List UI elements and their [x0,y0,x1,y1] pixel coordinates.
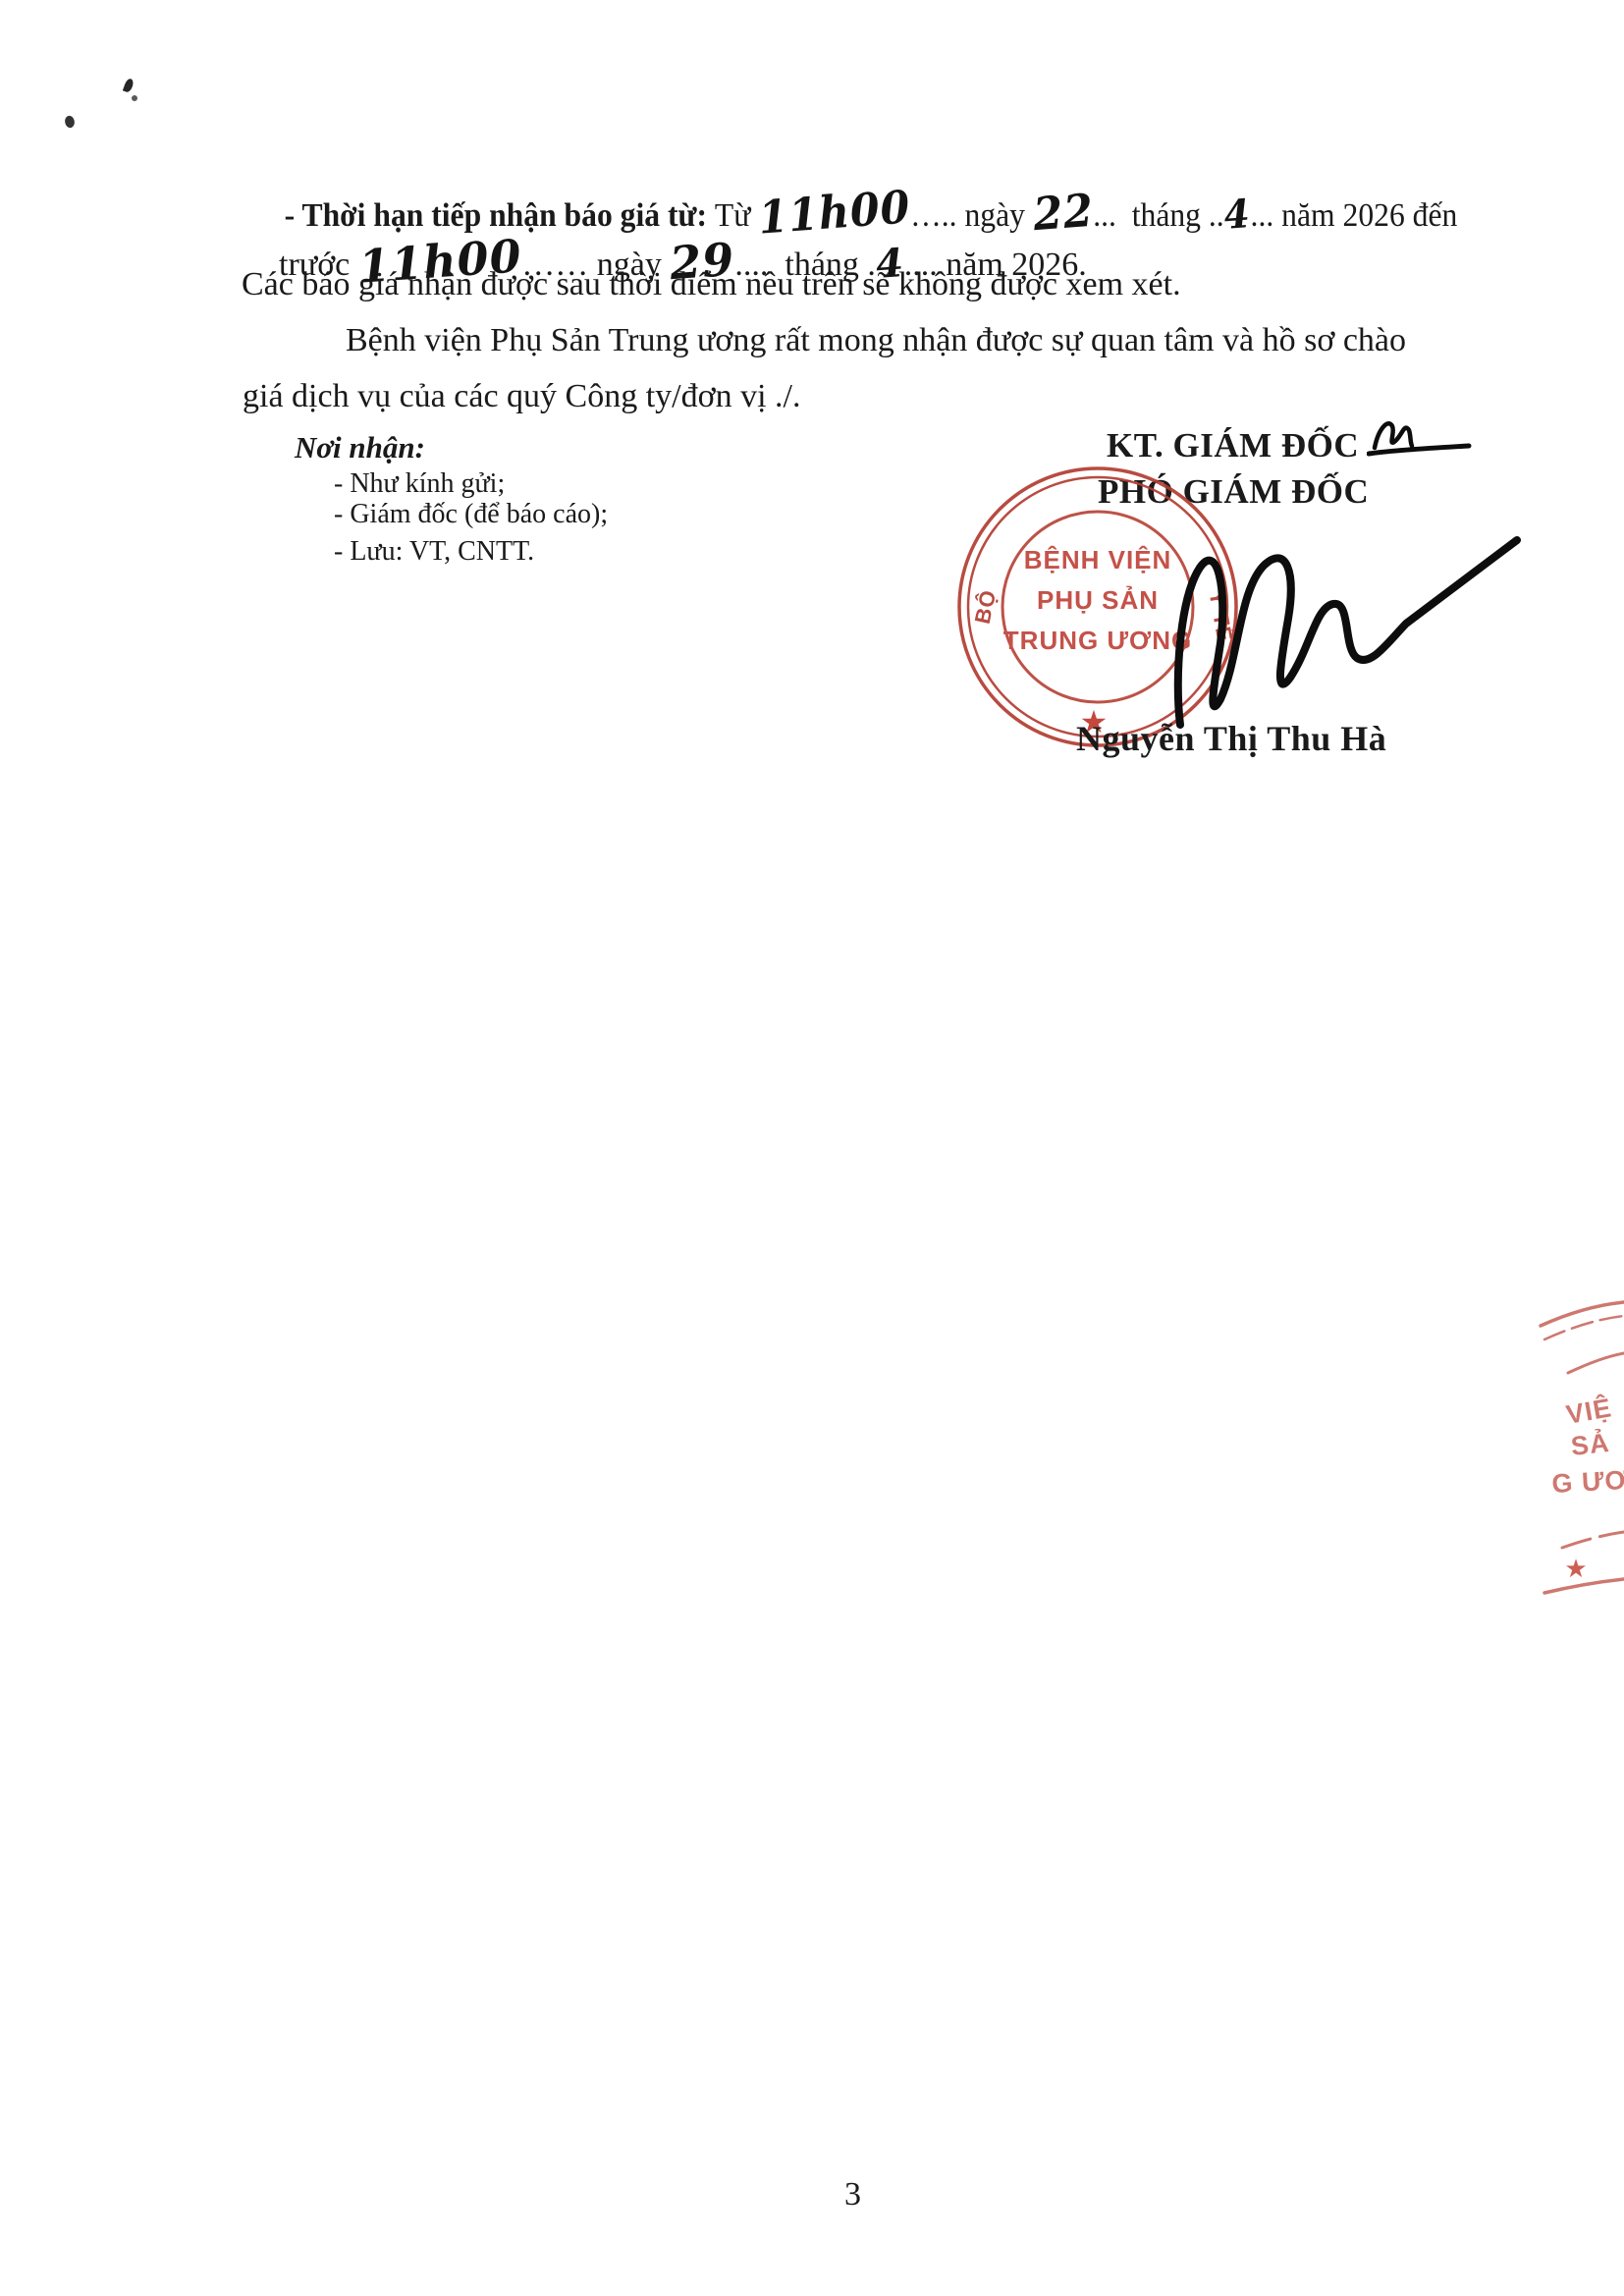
recipient-item: - Giám đốc (để báo cáo); [334,499,608,530]
handwritten-flourish [1367,412,1475,462]
ink-speck [63,114,78,129]
page-number: 3 [844,2176,861,2214]
edge-stamp-text-fragment: VIỆ [1564,1392,1614,1430]
closing-line-1: Bệnh viện Phụ Sản Trung ương rất mong nh… [346,321,1406,360]
handwritten-day-to: 29 [671,259,735,264]
recipient-item: - Như kính gửi; [334,468,505,500]
stamp-ring-left-text: BỘ [970,587,1001,626]
deadline-year-from: năm 2026 đến [1281,197,1457,234]
dotted-leader: ... [1093,197,1132,234]
ink-speck [132,95,137,101]
ink-speck [123,78,135,93]
recipients-heading: Nơi nhận: [295,430,425,465]
edge-stamp-text-fragment: SẢ [1569,1426,1611,1461]
document-page: - Thời hạn tiếp nhận báo giá từ: Từ 11h0… [0,0,1624,2296]
signature-ink [1129,511,1542,746]
month-word: tháng .. [1132,197,1224,234]
edge-stamp-text-fragment: G ƯƠ [1551,1465,1624,1499]
handwritten-month-from: 4 [1224,214,1251,216]
star-icon: ★ [1564,1555,1587,1583]
dotted-leader: ... [1251,197,1282,234]
recipient-item: - Lưu: VT, CNTT. [334,536,534,568]
signatory-name: Nguyễn Thị Thu Hà [1076,718,1386,759]
closing-line-2: giá dịch vụ của các quý Công ty/đơn vị .… [243,377,800,416]
note-line: Các báo giá nhận được sau thời điểm nêu … [242,265,1181,304]
edge-stamp-fragment: VIỆ SẢ G ƯƠ ★ [1513,1298,1624,1603]
